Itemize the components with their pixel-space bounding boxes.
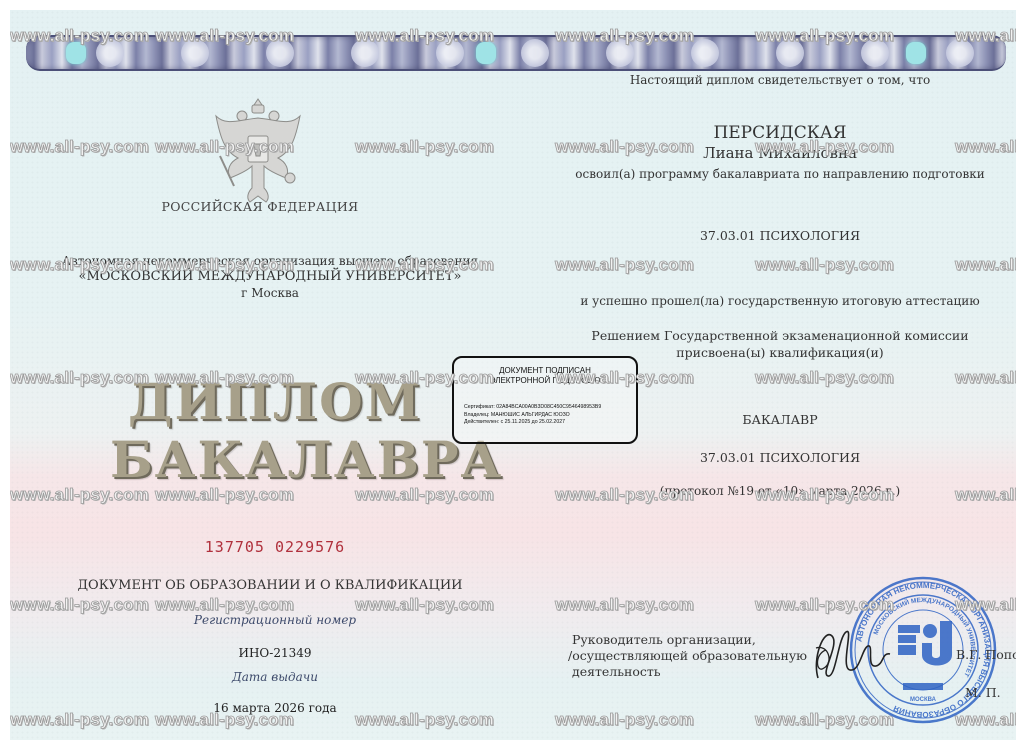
band-disc-icon — [691, 39, 719, 67]
attestation-line: и успешно прошел(ла) государственную ито… — [570, 294, 990, 308]
band-disc-icon — [946, 39, 974, 67]
watermark-text: www.all-psy.com — [955, 368, 1016, 388]
watermark-text: www.all-psy.com — [155, 595, 294, 615]
country-name: РОССИЙСКАЯ ФЕДЕРАЦИЯ — [140, 199, 380, 214]
electronic-signature-box: ДОКУМЕНТ ПОДПИСАН ЭЛЕКТРОННОЙ ПОДПИСЬЮ С… — [452, 356, 638, 444]
band-disc-icon — [181, 39, 209, 67]
watermark-text: www.all-psy.com — [555, 710, 694, 730]
watermark-text: www.all-psy.com — [555, 595, 694, 615]
title-line-1: ДИПЛОМ — [110, 372, 440, 431]
org-type: Автономная некоммерческая организация вы… — [40, 254, 500, 268]
band-disc-icon — [521, 39, 549, 67]
issue-date: 16 марта 2026 года — [120, 701, 430, 715]
watermark-text: www.all-psy.com — [10, 137, 149, 157]
band-gem-icon — [476, 42, 496, 64]
qualification-specialty: 37.03.01 ПСИХОЛОГИЯ — [570, 450, 990, 465]
band-disc-icon — [96, 39, 124, 67]
registration-label: Регистрационный номер — [120, 613, 430, 627]
specialty: 37.03.01 ПСИХОЛОГИЯ — [570, 228, 990, 243]
watermark-text: www.all-psy.com — [755, 255, 894, 275]
esign-title-2: ЭЛЕКТРОННОЙ ПОДПИСЬЮ — [454, 376, 636, 386]
watermark-text: www.all-psy.com — [955, 255, 1016, 275]
watermark-text: www.all-psy.com — [555, 255, 694, 275]
band-disc-icon — [436, 39, 464, 67]
decision-line-1: Решением Государственной экзаменационной… — [570, 328, 990, 343]
watermark-text: www.all-psy.com — [10, 595, 149, 615]
band-disc-icon — [776, 39, 804, 67]
org-name: «МОСКОВСКИЙ МЕЖДУНАРОДНЫЙ УНИВЕРСИТЕТ» — [40, 269, 500, 284]
head-title-2: /осуществляющей образовательную — [568, 648, 807, 663]
serial-number: 137705 0229576 — [120, 538, 430, 556]
esign-title-1: ДОКУМЕНТ ПОДПИСАН — [454, 366, 636, 376]
program-line: освоил(а) программу бакалавриата по напр… — [570, 167, 990, 181]
watermark-text: www.all-psy.com — [355, 137, 494, 157]
esign-owner: Владелец: МАНЮШИС АЛЬГИРДАС ЮОЗО — [464, 412, 601, 420]
title-line-2: БАКАЛАВРА — [110, 430, 440, 489]
esign-certificate: Сертификат: 02A84BCA00A0B3D08C450C954649… — [464, 404, 601, 412]
protocol: (протокол №19 от «10» марта 2026 г.) — [570, 484, 990, 498]
intro-text: Настоящий диплом свидетельствует о том, … — [570, 73, 990, 87]
diploma-sheet: РОССИЙСКАЯ ФЕДЕРАЦИЯ Автономная некоммер… — [10, 10, 1016, 740]
band-disc-icon — [606, 39, 634, 67]
signature-icon — [810, 618, 900, 688]
seal-place: М. П. — [965, 685, 1001, 700]
esign-validity: Действителен: с 25.11.2025 до 25.02.2027 — [464, 419, 601, 427]
graduate-given-names: Лиана Михайловна — [570, 144, 990, 162]
svg-text:МОСКВА: МОСКВА — [910, 697, 937, 703]
head-title-3: деятельность — [572, 664, 661, 679]
band-gem-icon — [906, 42, 926, 64]
band-disc-icon — [861, 39, 889, 67]
registration-number: ИНО-21349 — [120, 646, 430, 660]
band-gem-icon — [66, 42, 86, 64]
coat-of-arms-icon — [208, 96, 308, 211]
org-city: г Москва — [40, 286, 500, 300]
document-kind: ДОКУМЕНТ ОБ ОБРАЗОВАНИИ И О КВАЛИФИКАЦИИ — [50, 578, 490, 593]
band-disc-icon — [266, 39, 294, 67]
graduate-surname: ПЕРСИДСКАЯ — [570, 123, 990, 143]
signer-name: В.Г. Попов — [956, 647, 1016, 662]
band-disc-icon — [351, 39, 379, 67]
watermark-text: www.all-psy.com — [755, 368, 894, 388]
issue-date-label: Дата выдачи — [120, 670, 430, 684]
ornamental-border-band — [26, 35, 1006, 71]
watermark-text: www.all-psy.com — [355, 595, 494, 615]
head-title-1: Руководитель организации, — [572, 632, 756, 647]
